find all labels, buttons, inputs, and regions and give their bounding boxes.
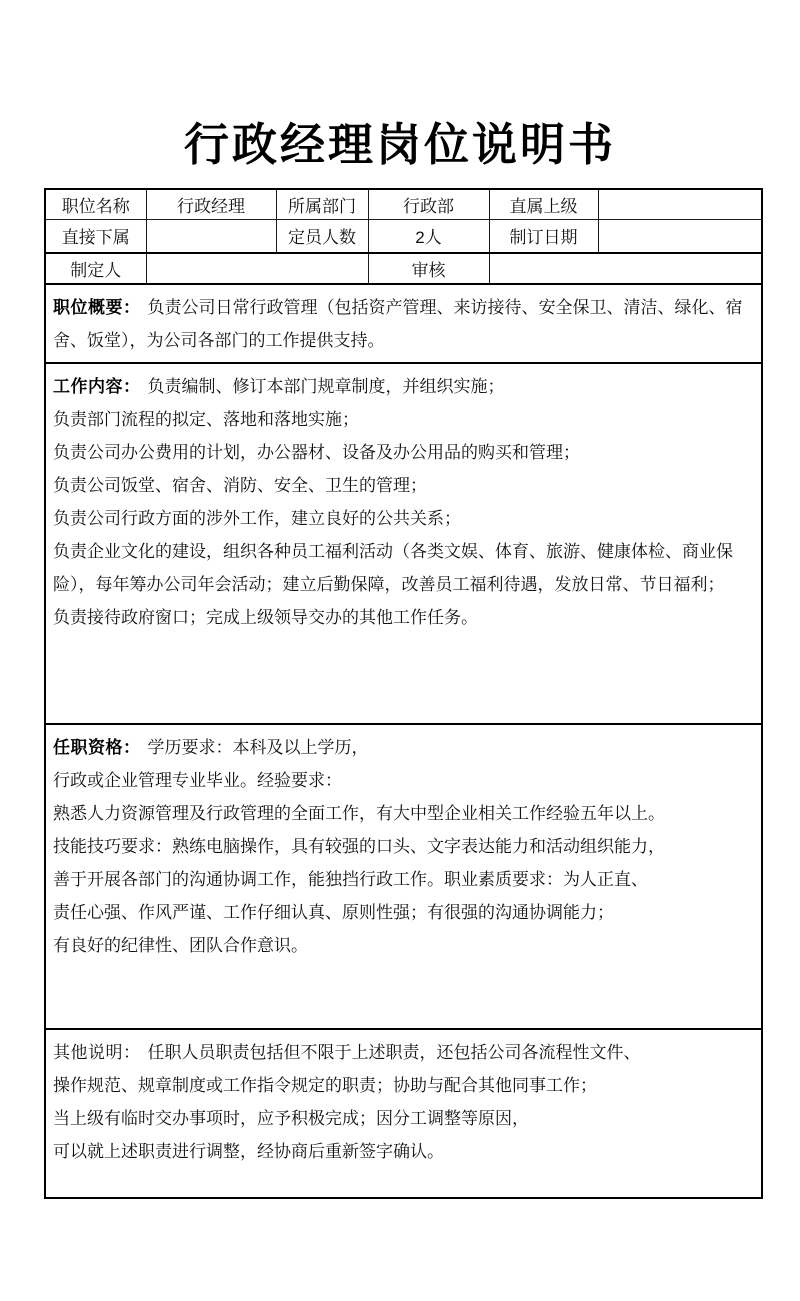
section-duties-label: 工作内容： <box>53 377 141 396</box>
position-name-value: 行政经理 <box>146 189 276 219</box>
qualification-item: 行政或企业管理专业毕业。经验要求： <box>53 764 755 797</box>
formulation-date-label: 制订日期 <box>489 219 598 253</box>
job-description-table: 职位名称 行政经理 所属部门 行政部 直属上级 直接下属 定员人数 2人 制订日… <box>44 188 763 1199</box>
headcount-label: 定员人数 <box>276 219 368 253</box>
section-duties: 工作内容：负责编制、修订本部门规章制度，并组织实施； 负责部门流程的拟定、落地和… <box>45 363 762 724</box>
table-row: 其他说明：任职人员职责包括但不限于上述职责，还包括公司各流程性文件、 操作规范、… <box>45 1029 762 1198</box>
direct-supervisor-label: 直属上级 <box>489 189 598 219</box>
direct-subordinates-label: 直接下属 <box>45 219 146 253</box>
qualification-item: 技能技巧要求：熟练电脑操作，具有较强的口头、文字表达能力和活动组织能力， <box>53 830 755 863</box>
other-note-item: 当上级有临时交办事项时，应予积极完成；因分工调整等原因， <box>53 1102 755 1135</box>
section-duties-paragraph: 工作内容：负责编制、修订本部门规章制度，并组织实施； <box>53 370 755 403</box>
page-title: 行政经理岗位说明书 <box>0 108 800 173</box>
table-row: 工作内容：负责编制、修订本部门规章制度，并组织实施； 负责部门流程的拟定、落地和… <box>45 363 762 724</box>
formulation-date-value <box>598 219 762 253</box>
department-label: 所属部门 <box>276 189 368 219</box>
direct-subordinates-value <box>146 219 276 253</box>
duty-item: 负责公司办公费用的计划，办公器材、设备及办公用品的购买和管理； <box>53 436 755 469</box>
reviewer-value <box>489 253 762 284</box>
section-qualifications-text: 学历要求：本科及以上学历， <box>148 738 369 757</box>
table-row: 制定人 审核 <box>45 253 762 284</box>
table-row: 职位名称 行政经理 所属部门 行政部 直属上级 <box>45 189 762 219</box>
duty-item: 负责部门流程的拟定、落地和落地实施； <box>53 403 755 436</box>
section-overview-text: 负责公司日常行政管理（包括资产管理、来访接待、安全保卫、清洁、绿化、宿舍、饭堂）… <box>53 298 743 350</box>
qualification-item: 有良好的纪律性、团队合作意识。 <box>53 929 755 962</box>
position-name-label: 职位名称 <box>45 189 146 219</box>
department-value: 行政部 <box>368 189 489 219</box>
section-qualifications-label: 任职资格： <box>53 738 141 757</box>
duty-item: 负责公司行政方面的涉外工作，建立良好的公共关系； <box>53 502 755 535</box>
section-overview-paragraph: 职位概要：负责公司日常行政管理（包括资产管理、来访接待、安全保卫、清洁、绿化、宿… <box>53 291 755 357</box>
section-duties-text: 负责编制、修订本部门规章制度，并组织实施； <box>148 377 505 396</box>
other-note-item: 可以就上述职责进行调整，经协商后重新签字确认。 <box>53 1135 755 1168</box>
duty-item: 负责接待政府窗口；完成上级领导交办的其他工作任务。 <box>53 601 755 634</box>
qualification-item: 熟悉人力资源管理及行政管理的全面工作，有大中型企业相关工作经验五年以上。 <box>53 797 755 830</box>
section-other-notes-paragraph: 其他说明：任职人员职责包括但不限于上述职责，还包括公司各流程性文件、 <box>53 1036 755 1069</box>
preparer-value <box>146 253 368 284</box>
table-row: 职位概要：负责公司日常行政管理（包括资产管理、来访接待、安全保卫、清洁、绿化、宿… <box>45 284 762 363</box>
other-note-item: 操作规范、规章制度或工作指令规定的职责；协助与配合其他同事工作； <box>53 1069 755 1102</box>
qualification-item: 责任心强、作风严谨、工作仔细认真、原则性强；有很强的沟通协调能力； <box>53 896 755 929</box>
reviewer-label: 审核 <box>368 253 489 284</box>
table-row: 任职资格：学历要求：本科及以上学历， 行政或企业管理专业毕业。经验要求： 熟悉人… <box>45 724 762 1029</box>
section-qualifications-paragraph: 任职资格：学历要求：本科及以上学历， <box>53 731 755 764</box>
section-other-notes: 其他说明：任职人员职责包括但不限于上述职责，还包括公司各流程性文件、 操作规范、… <box>45 1029 762 1198</box>
section-qualifications: 任职资格：学历要求：本科及以上学历， 行政或企业管理专业毕业。经验要求： 熟悉人… <box>45 724 762 1029</box>
section-overview: 职位概要：负责公司日常行政管理（包括资产管理、来访接待、安全保卫、清洁、绿化、宿… <box>45 284 762 363</box>
duty-item: 负责公司饭堂、宿舍、消防、安全、卫生的管理； <box>53 469 755 502</box>
section-other-notes-label: 其他说明： <box>53 1043 141 1062</box>
headcount-value: 2人 <box>368 219 489 253</box>
section-overview-label: 职位概要： <box>53 298 141 317</box>
section-other-notes-text: 任职人员职责包括但不限于上述职责，还包括公司各流程性文件、 <box>148 1043 641 1062</box>
table-row: 直接下属 定员人数 2人 制订日期 <box>45 219 762 253</box>
qualification-item: 善于开展各部门的沟通协调工作，能独挡行政工作。职业素质要求：为人正直、 <box>53 863 755 896</box>
direct-supervisor-value <box>598 189 762 219</box>
preparer-label: 制定人 <box>45 253 146 284</box>
duty-item: 负责企业文化的建设，组织各种员工福利活动（各类文娱、体育、旅游、健康体检、商业保… <box>53 535 755 601</box>
